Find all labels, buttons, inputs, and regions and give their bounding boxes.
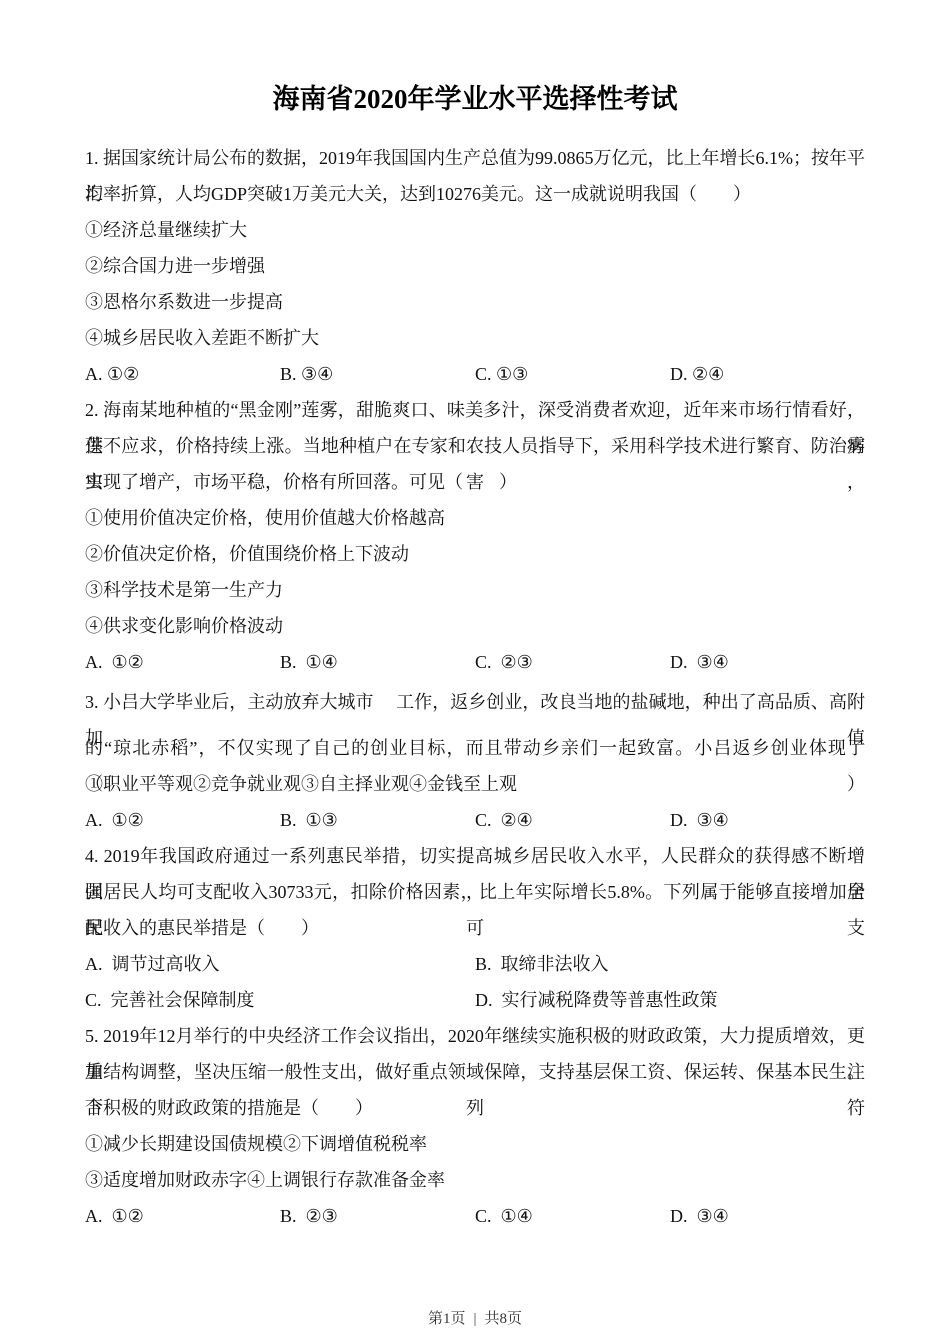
q3-stem-line-2: 的“琼北赤稻”，不仅实现了自己的创业目标，而且带动乡亲们一起致富。小吕返乡创业体… [85, 730, 865, 766]
q2-option-a: A. ①② [85, 644, 280, 680]
q5-items-line-1: ①减少长期建设国债规模②下调增值税税率 [85, 1126, 865, 1162]
page-number-total: 共8页 [485, 1311, 523, 1327]
page-title: 海南省2020年学业水平选择性考试 [85, 82, 865, 116]
q3-option-a: A. ①② [85, 802, 280, 838]
q2-stem-line-2: 供不应求，价格持续上涨。当地种植户在专家和农技人员指导下，采用科学技术进行繁育、… [85, 428, 865, 464]
question-2: 2. 海南某地种植的“黑金刚”莲雾，甜脆爽口、味美多汁，深受消费者欢迎，近年来市… [85, 392, 865, 680]
q1-option-d: D. ②④ [670, 356, 865, 392]
q4-stem-line-2: 国居民人均可支配收入30733元，扣除价格因素，比上年实际增长5.8%。下列属于… [85, 874, 865, 910]
q5-option-a: A. ①② [85, 1198, 280, 1234]
q4-options-row-2: C. 完善社会保障制度 D. 实行减税降费等普惠性政策 [85, 982, 865, 1018]
q5-option-c: C. ①④ [475, 1198, 670, 1234]
q1-options-row: A. ①② B. ③④ C. ①③ D. ②④ [85, 356, 865, 392]
q1-option-c: C. ①③ [475, 356, 670, 392]
q5-stem-line-2: 重结构调整，坚决压缩一般性支出，做好重点领域保障，支持基层保工资、保运转、保基本… [85, 1054, 865, 1090]
q3-stem-line-1: 3. 小吕大学毕业后，主动放弃大城市 工作，返乡创业，改良当地的盐碱地，种出了高… [85, 684, 865, 720]
q1-option-b: B. ③④ [280, 356, 475, 392]
q1-item-4: ④城乡居民收入差距不断扩大 [85, 320, 865, 356]
q1-item-3: ③恩格尔系数进一步提高 [85, 284, 865, 320]
q1-item-2: ②综合国力进一步增强 [85, 248, 865, 284]
q4-stem-line-1: 4. 2019年我国政府通过一系列惠民举措，切实提高城乡居民收入水平，人民群众的… [85, 838, 865, 874]
q4-option-c: C. 完善社会保障制度 [85, 982, 475, 1018]
q1-stem-line-2: 汇率折算，人均GDP突破1万美元大关，达到10276美元。这一成就说明我国（ ） [85, 176, 865, 212]
q1-stem-line-1: 1. 据国家统计局公布的数据，2019年我国国内生产总值为99.0865万亿元，… [85, 140, 865, 176]
q4-option-d: D. 实行减税降费等普惠性政策 [475, 982, 865, 1018]
q2-option-b: B. ①④ [280, 644, 475, 680]
q3-option-d: D. ③④ [670, 802, 865, 838]
q2-item-2: ②价值决定价格，价值围绕价格上下波动 [85, 536, 865, 572]
q4-option-a: A. 调节过高收入 [85, 946, 475, 982]
question-3: 3. 小吕大学毕业后，主动放弃大城市 工作，返乡创业，改良当地的盐碱地，种出了高… [85, 684, 865, 838]
q5-option-d: D. ③④ [670, 1198, 865, 1234]
page-number-current: 第1页 [428, 1311, 466, 1327]
q3-option-c: C. ②④ [475, 802, 670, 838]
q4-options-row-1: A. 调节过高收入 B. 取缔非法收入 [85, 946, 865, 982]
document-page: 海南省2020年学业水平选择性考试 1. 据国家统计局公布的数据，2019年我国… [0, 0, 950, 1344]
q5-option-b: B. ②③ [280, 1198, 475, 1234]
q2-stem-line-1: 2. 海南某地种植的“黑金刚”莲雾，甜脆爽口、味美多汁，深受消费者欢迎，近年来市… [85, 392, 865, 428]
q5-items-line-2: ③适度增加财政赤字④上调银行存款准备金率 [85, 1162, 865, 1198]
page-content: 海南省2020年学业水平选择性考试 1. 据国家统计局公布的数据，2019年我国… [85, 0, 865, 1234]
q2-option-d: D. ③④ [670, 644, 865, 680]
q2-item-1: ①使用价值决定价格，使用价值越大价格越高 [85, 500, 865, 536]
q1-option-a: A. ①② [85, 356, 280, 392]
q5-options-row: A. ①② B. ②③ C. ①④ D. ③④ [85, 1198, 865, 1234]
question-4: 4. 2019年我国政府通过一系列惠民举措，切实提高城乡居民收入水平，人民群众的… [85, 838, 865, 1018]
q5-stem-line-1: 5. 2019年12月举行的中央经济工作会议指出，2020年继续实施积极的财政政… [85, 1018, 865, 1054]
question-5: 5. 2019年12月举行的中央经济工作会议指出，2020年继续实施积极的财政政… [85, 1018, 865, 1234]
q3-option-b: B. ①③ [280, 802, 475, 838]
page-footer: 第1页|共8页 [0, 1307, 950, 1328]
q3-options-row: A. ①② B. ①③ C. ②④ D. ③④ [85, 802, 865, 838]
q2-item-4: ④供求变化影响价格波动 [85, 608, 865, 644]
q2-options-row: A. ①② B. ①④ C. ②③ D. ③④ [85, 644, 865, 680]
footer-separator: | [473, 1311, 476, 1327]
question-1: 1. 据国家统计局公布的数据，2019年我国国内生产总值为99.0865万亿元，… [85, 140, 865, 392]
q1-item-1: ①经济总量继续扩大 [85, 212, 865, 248]
q4-option-b: B. 取缔非法收入 [475, 946, 865, 982]
q2-option-c: C. ②③ [475, 644, 670, 680]
q2-item-3: ③科学技术是第一生产力 [85, 572, 865, 608]
